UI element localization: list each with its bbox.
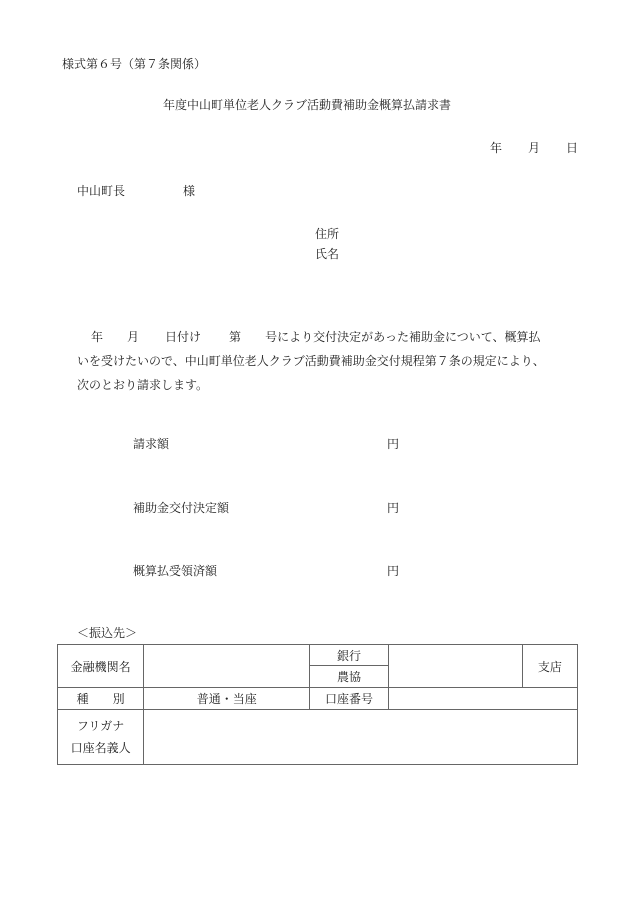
addressee-honorific: 様	[183, 183, 195, 199]
body-line-1: 年月日付け第号により交付決定があった補助金について、概算払	[77, 325, 597, 349]
amount-label-request: 請求額	[133, 436, 169, 452]
amount-unit-request: 円	[387, 436, 399, 452]
amount-unit-received: 円	[387, 563, 399, 579]
date-year: 年	[490, 141, 502, 155]
account-holder-field[interactable]	[144, 710, 578, 765]
body-line-3: 次のとおり請求します。	[77, 373, 597, 397]
furigana-label: フリガナ	[58, 715, 143, 737]
ja-label: 農協	[310, 666, 388, 688]
address-label: 住所	[315, 226, 339, 242]
name-label: 氏名	[315, 246, 339, 262]
document-title: 年度中山町単位老人クラブ活動費補助金概算払請求書	[163, 97, 451, 113]
account-type-value[interactable]: 普通・当座	[144, 688, 310, 710]
amount-label-decision: 補助金交付決定額	[133, 500, 229, 516]
financial-institution-field[interactable]	[144, 645, 310, 688]
account-holder-label: フリガナ 口座名義人	[58, 710, 144, 765]
account-number-field[interactable]	[388, 688, 577, 710]
date-day: 日	[566, 141, 578, 155]
addressee: 中山町長	[77, 183, 125, 199]
date-line: 年月日	[490, 140, 578, 156]
amount-label-received: 概算払受領済額	[133, 563, 217, 579]
form-number: 様式第６号（第７条関係）	[62, 56, 206, 72]
request-body: 年月日付け第号により交付決定があった補助金について、概算払 いを受けたいので、中…	[77, 325, 597, 397]
date-month: 月	[528, 141, 540, 155]
amount-unit-decision: 円	[387, 500, 399, 516]
holder-label: 口座名義人	[58, 737, 143, 759]
account-number-label: 口座番号	[310, 688, 388, 710]
bank-label: 銀行	[310, 645, 388, 666]
branch-label: 支店	[522, 645, 577, 688]
account-type-label: 種 別	[58, 688, 144, 710]
bank-transfer-table: 金融機関名 銀行 支店 農協 種 別 普通・当座 口座番号 フリガナ 口座名義人	[57, 644, 578, 765]
branch-name-field[interactable]	[388, 645, 522, 688]
financial-institution-label: 金融機関名	[58, 645, 144, 688]
body-line-2: いを受けたいので、中山町単位老人クラブ活動費補助金交付規程第７条の規定により、	[77, 349, 597, 373]
transfer-heading: ＜振込先＞	[77, 625, 137, 641]
addressee-name: 中山町長	[77, 184, 125, 198]
